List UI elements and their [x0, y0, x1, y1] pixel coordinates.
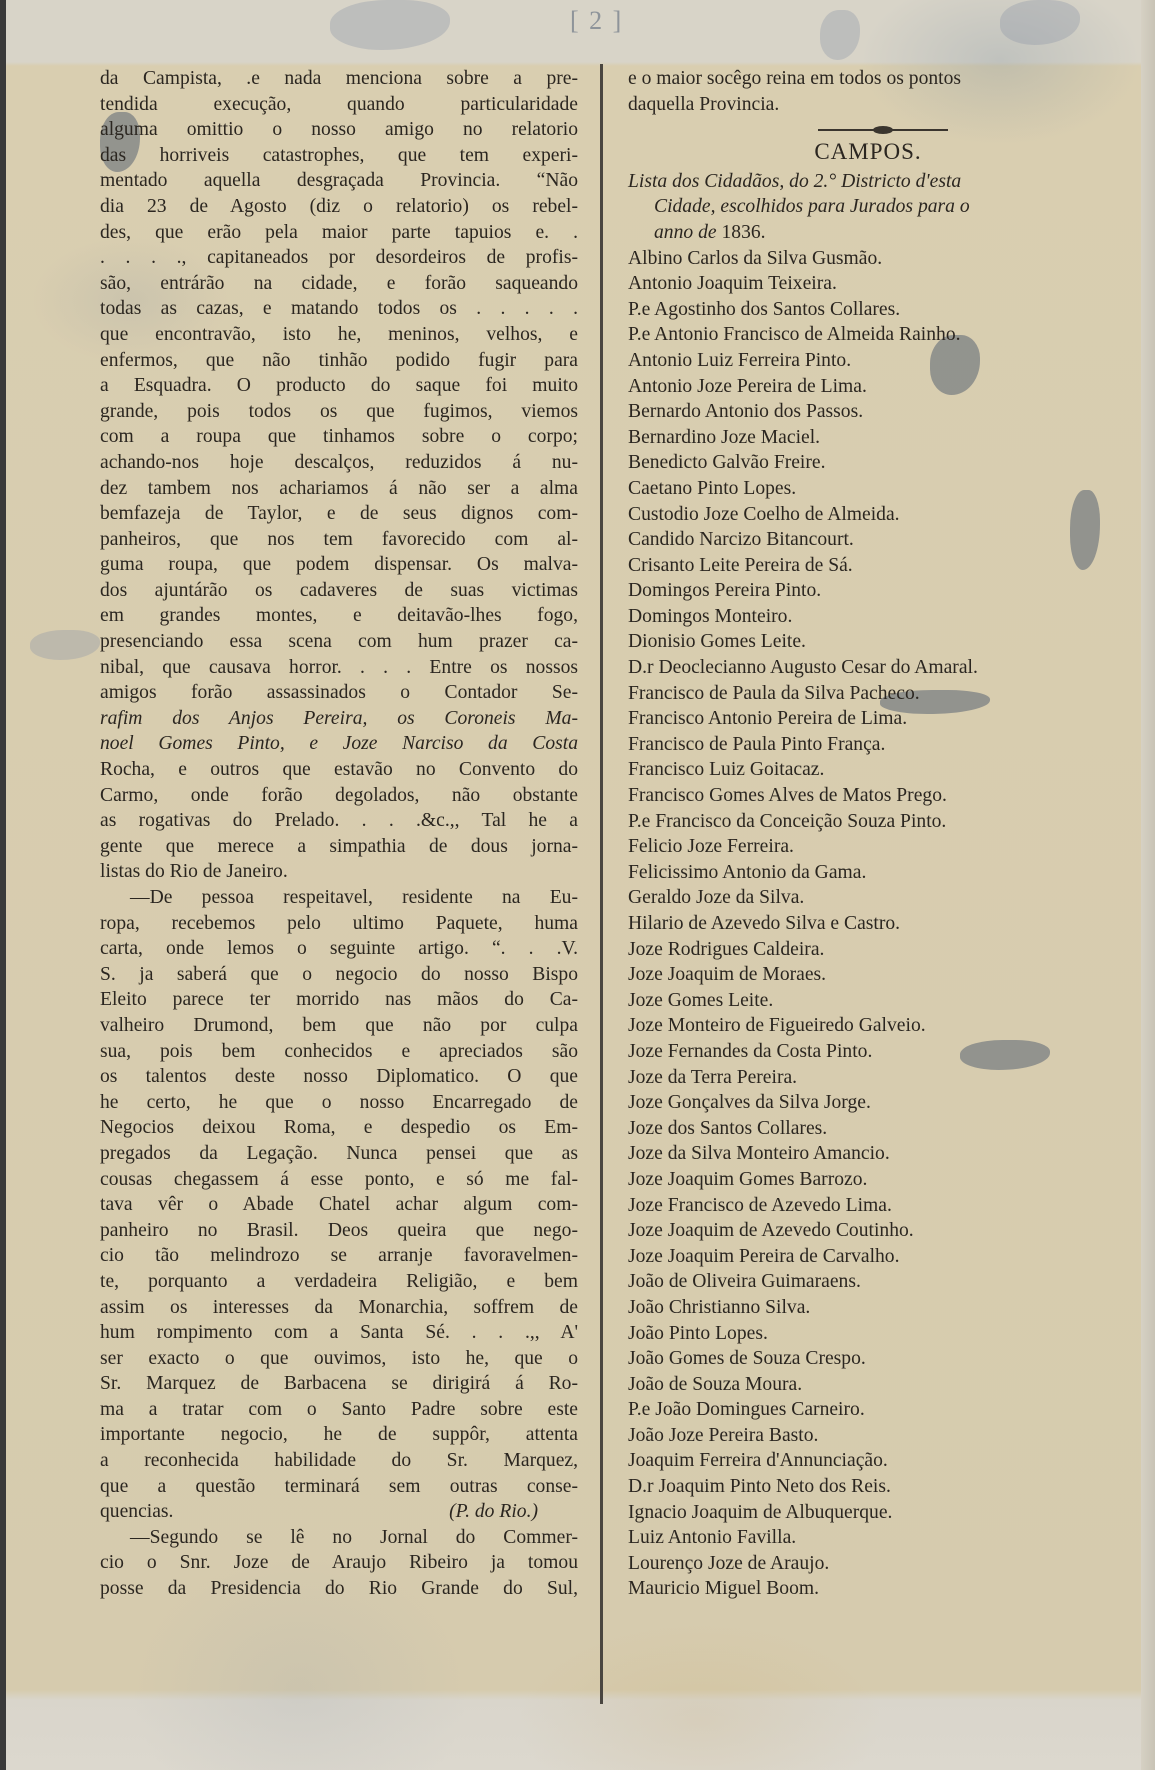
source-signature: (P. do Rio.) — [449, 1499, 578, 1525]
list-item: Caetano Pinto Lopes. — [628, 476, 1128, 502]
text-line: quencias. — [100, 1499, 173, 1525]
list-item: Custodio Joze Coelho de Almeida. — [628, 502, 1128, 528]
text-line: ser exacto o que ouvimos, isto he, que o — [100, 1346, 578, 1372]
text-line: dos ajuntárão os cadaveres de suas victi… — [100, 578, 578, 604]
list-item: João Pinto Lopes. — [628, 1321, 1128, 1347]
article-paragraph-3: —Segundo se lê no Jornal do Commer- cio … — [100, 1525, 578, 1602]
text-line: Rocha, e outros que estavão no Convento … — [100, 757, 578, 783]
article-paragraph-1: da Campista, .e nada menciona sobre a pr… — [100, 66, 578, 885]
list-item: Francisco de Paula da Silva Pacheco. — [628, 681, 1128, 707]
text-line: as rogativas do Prelado. . . .&c.,, Tal … — [100, 808, 578, 834]
list-item: Joze Joaquim de Azevedo Coutinho. — [628, 1218, 1128, 1244]
list-item: Domingos Monteiro. — [628, 604, 1128, 630]
left-column: da Campista, .e nada menciona sobre a pr… — [100, 66, 578, 1602]
right-column: e o maior socêgo reina em todos os ponto… — [628, 66, 1128, 1602]
water-stain — [820, 10, 860, 60]
list-item: Joze da Terra Pereira. — [628, 1065, 1128, 1091]
text-line: ma a tratar com o Santo Padre sobre este — [100, 1397, 578, 1423]
text-line: panheiro no Brasil. Deos queira que nego… — [100, 1218, 578, 1244]
text-line: bemfazeja de Taylor, e de seus dignos co… — [100, 501, 578, 527]
text-line: listas do Rio de Janeiro. — [100, 859, 578, 885]
text-line: ropa, recebemos pelo ultimo Paquete, hum… — [100, 911, 578, 937]
list-item: Joze Joaquim de Moraes. — [628, 962, 1128, 988]
list-item: Hilario de Azevedo Silva e Castro. — [628, 911, 1128, 937]
text-line: —Segundo se lê no Jornal do Commer- — [100, 1525, 578, 1551]
list-item: Joze Joaquim Pereira de Carvalho. — [628, 1244, 1128, 1270]
list-item: Francisco Luiz Goitacaz. — [628, 757, 1128, 783]
scan-edge-right — [1141, 0, 1155, 1770]
list-item: Albino Carlos da Silva Gusmão. — [628, 246, 1128, 272]
list-item: D.r Deoclecianno Augusto Cesar do Amaral… — [628, 655, 1128, 681]
text-line: posse da Presidencia do Rio Grande do Su… — [100, 1576, 578, 1602]
list-item: Francisco Antonio Pereira de Lima. — [628, 706, 1128, 732]
text-line: guma roupa, que podem dispensar. Os malv… — [100, 552, 578, 578]
ornamental-rule — [818, 125, 948, 135]
text-line: hum rompimento com a Santa Sé. . . .,, A… — [100, 1320, 578, 1346]
text-line: todas as cazas, e matando todos os . . .… — [100, 296, 578, 322]
list-item: Joaquim Ferreira d'Annunciação. — [628, 1448, 1128, 1474]
water-stain — [30, 630, 100, 660]
list-item: Benedicto Galvão Freire. — [628, 450, 1128, 476]
list-item: Candido Narcizo Bitancourt. — [628, 527, 1128, 553]
text-line: que a questão terminará sem outras conse… — [100, 1474, 578, 1500]
jurors-list: Albino Carlos da Silva Gusmão. Antonio J… — [628, 246, 1128, 1602]
list-item: Felicissimo Antonio da Gama. — [628, 860, 1128, 886]
year: 1836. — [721, 222, 765, 243]
list-item: Antonio Joaquim Teixeira. — [628, 271, 1128, 297]
text-line: dez tambem nos achariamos á não ser a al… — [100, 476, 578, 502]
text-line: —De pessoa respeitavel, residente na Eu- — [100, 885, 578, 911]
list-item: P.e Antonio Francisco de Almeida Rainho. — [628, 322, 1128, 348]
list-item: Ignacio Joaquim de Albuquerque. — [628, 1500, 1128, 1526]
text-line: os talentos deste nosso Diplomatico. O q… — [100, 1064, 578, 1090]
text-line: da Campista, .e nada menciona sobre a pr… — [100, 66, 578, 92]
list-item: Domingos Pereira Pinto. — [628, 578, 1128, 604]
list-item: João Joze Pereira Basto. — [628, 1423, 1128, 1449]
text-line: presenciando essa scena com hum prazer c… — [100, 629, 578, 655]
text-line: amigos forão assassinados o Contador Se- — [100, 680, 578, 706]
text-line: pregados da Legação. Nunca pensei que as — [100, 1141, 578, 1167]
text-line: panheiros, que nos tem favorecido com al… — [100, 527, 578, 553]
text-line: dia 23 de Agosto (diz o relatorio) os re… — [100, 194, 578, 220]
text-line: gente que merece a simpathia de dous jor… — [100, 834, 578, 860]
list-item: P.e Agostinho dos Santos Collares. — [628, 297, 1128, 323]
list-item: P.e Francisco da Conceição Souza Pinto. — [628, 809, 1128, 835]
water-stain — [1000, 0, 1080, 45]
list-item: Joze dos Santos Collares. — [628, 1116, 1128, 1142]
newspaper-page: [ 2 ] da Campista, .e nada menciona sobr… — [0, 0, 1155, 1770]
text-line: noel Gomes Pinto, e Joze Narciso da Cost… — [100, 731, 578, 757]
list-item: Antonio Joze Pereira de Lima. — [628, 374, 1128, 400]
list-item: Joze Francisco de Azevedo Lima. — [628, 1193, 1128, 1219]
subtitle-text: anno de — [654, 222, 721, 243]
text-line: cio o Snr. Joze de Araujo Ribeiro ja tom… — [100, 1550, 578, 1576]
text-line: sua, pois bem conhecidos e apreciados sã… — [100, 1039, 578, 1065]
text-line: des, que erão pela maior parte tapuios e… — [100, 220, 578, 246]
text-line: são, entrárão na cidade, e forão saquean… — [100, 271, 578, 297]
text-line: grande, pois todos os que fugimos, viemo… — [100, 399, 578, 425]
list-item: P.e João Domingues Carneiro. — [628, 1397, 1128, 1423]
column-divider — [600, 64, 603, 1704]
list-item: Crisanto Leite Pereira de Sá. — [628, 553, 1128, 579]
text-line: a reconhecida habilidade do Sr. Marquez, — [100, 1448, 578, 1474]
text-line: achando-nos hoje descalços, reduzidos á … — [100, 450, 578, 476]
text-line: Carmo, onde forão degolados, não obstant… — [100, 783, 578, 809]
page-number: [ 2 ] — [570, 6, 623, 36]
subtitle-line: Cidade, escolhidos para Jurados para o — [628, 194, 1128, 220]
subtitle-line: Lista dos Cidadãos, do 2.° Districto d'e… — [628, 169, 1128, 195]
list-item: D.r Joaquim Pinto Neto dos Reis. — [628, 1474, 1128, 1500]
list-item: Joze Gomes Leite. — [628, 988, 1128, 1014]
section-title: CAMPOS. — [628, 139, 1108, 165]
text-line: . . . ., capitaneados por desordeiros de… — [100, 245, 578, 271]
text-line: com a roupa que tinhamos sobre o corpo; — [100, 424, 578, 450]
list-item: João de Oliveira Guimaraens. — [628, 1269, 1128, 1295]
list-item: Mauricio Miguel Boom. — [628, 1576, 1128, 1602]
subtitle-line: anno de 1836. — [628, 220, 1128, 246]
list-item: Antonio Luiz Ferreira Pinto. — [628, 348, 1128, 374]
list-item: Joze Joaquim Gomes Barrozo. — [628, 1167, 1128, 1193]
text-line: cousas chegassem á esse ponto, e só me f… — [100, 1167, 578, 1193]
text-line: he certo, he que o nosso Encarregado de — [100, 1090, 578, 1116]
article-paragraph-2: —De pessoa respeitavel, residente na Eu-… — [100, 885, 578, 1525]
text-line: te, porquanto a verdadeira Religião, e b… — [100, 1269, 578, 1295]
text-line: alguma omittio o nosso amigo no relatori… — [100, 117, 578, 143]
list-item: Dionisio Gomes Leite. — [628, 629, 1128, 655]
list-item: Joze Rodrigues Caldeira. — [628, 937, 1128, 963]
text-line: daquella Provincia. — [628, 92, 1128, 118]
list-item: Felicio Joze Ferreira. — [628, 834, 1128, 860]
text-line: Eleito parece ter morrido nas mãos do Ca… — [100, 987, 578, 1013]
text-line: cio tão melindrozo se arranje favoravelm… — [100, 1243, 578, 1269]
list-subtitle: Lista dos Cidadãos, do 2.° Districto d'e… — [628, 169, 1128, 246]
text-line: Sr. Marquez de Barbacena se dirigirá á R… — [100, 1371, 578, 1397]
list-item: Geraldo Joze da Silva. — [628, 885, 1128, 911]
list-item: Bernardo Antonio dos Passos. — [628, 399, 1128, 425]
text-line: valheiro Drumond, bem que não por culpa — [100, 1013, 578, 1039]
text-line: e o maior socêgo reina em todos os ponto… — [628, 66, 1128, 92]
list-item: Bernardino Joze Maciel. — [628, 425, 1128, 451]
list-item: Lourenço Joze de Araujo. — [628, 1551, 1128, 1577]
text-line: em grandes montes, e deitavão-lhes fogo, — [100, 603, 578, 629]
list-item: Francisco Gomes Alves de Matos Prego. — [628, 783, 1128, 809]
text-line: das horriveis catastrophes, que tem expe… — [100, 143, 578, 169]
list-item: Joze da Silva Monteiro Amancio. — [628, 1141, 1128, 1167]
text-line: rafim dos Anjos Pereira, os Coroneis Ma- — [100, 706, 578, 732]
text-line: enfermos, que não tinhão podido fugir pa… — [100, 348, 578, 374]
water-stain — [330, 0, 450, 50]
text-line: tava vêr o Abade Chatel achar algum com- — [100, 1192, 578, 1218]
list-item: Joze Gonçalves da Silva Jorge. — [628, 1090, 1128, 1116]
text-line: S. ja saberá que o negocio do nosso Bisp… — [100, 962, 578, 988]
text-line: carta, onde lemos o seguinte artigo. “. … — [100, 936, 578, 962]
list-item: Francisco de Paula Pinto França. — [628, 732, 1128, 758]
text-line: mentado aquella desgraçada Provincia. “N… — [100, 168, 578, 194]
text-line: tendida execução, quando particularidade — [100, 92, 578, 118]
text-line: importante negocio, he de suppôr, attent… — [100, 1422, 578, 1448]
text-line: nibal, que causava horror. . . . Entre o… — [100, 655, 578, 681]
list-item: Joze Monteiro de Figueiredo Galveio. — [628, 1013, 1128, 1039]
list-item: João Gomes de Souza Crespo. — [628, 1346, 1128, 1372]
list-item: Luiz Antonio Favilla. — [628, 1525, 1128, 1551]
list-item: João Christianno Silva. — [628, 1295, 1128, 1321]
scan-edge-left — [0, 0, 6, 1770]
list-item: Joze Fernandes da Costa Pinto. — [628, 1039, 1128, 1065]
text-line: Negocios deixou Roma, e despedio os Em- — [100, 1115, 578, 1141]
text-line: assim os interesses da Monarchia, soffre… — [100, 1295, 578, 1321]
text-line: que encontravão, isto he, meninos, velho… — [100, 322, 578, 348]
list-item: João de Souza Moura. — [628, 1372, 1128, 1398]
text-line: a Esquadra. O producto do saque foi muit… — [100, 373, 578, 399]
